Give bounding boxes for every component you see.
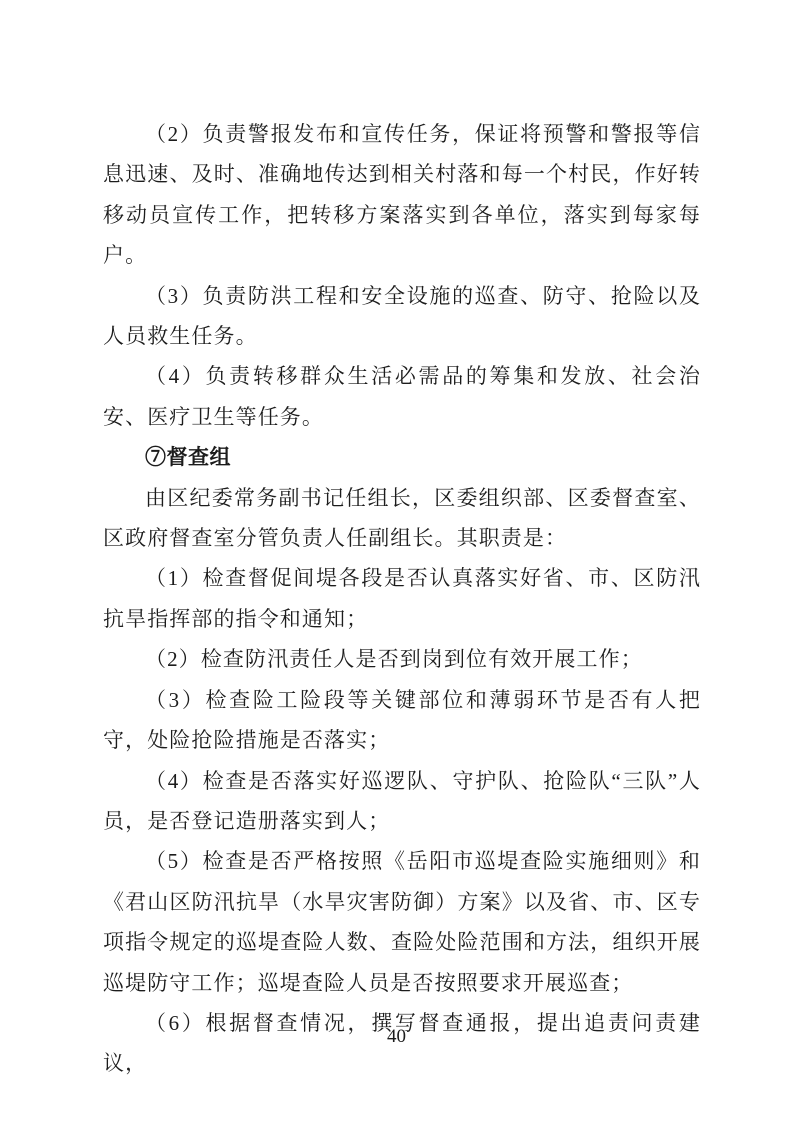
paragraph-check-1: （1）检查督促间堤各段是否认真落实好省、市、区防汛抗旱指挥部的指令和通知； <box>103 558 701 639</box>
document-page: （2）负责警报发布和宣传任务，保证将预警和警报等信息迅速、及时、准确地传达到相关… <box>0 0 793 1122</box>
paragraph-check-5: （5）检查是否严格按照《岳阳市巡堤查险实施细则》和《君山区防汛抗旱（水旱灾害防御… <box>103 841 701 1003</box>
paragraph-check-4: （4）检查是否落实好巡逻队、守护队、抢险队“三队”人员，是否登记造册落实到人； <box>103 761 701 842</box>
paragraph-group-leadership: 由区纪委常务副书记任组长，区委组织部、区委督查室、区政府督查室分管负责人任副组长… <box>103 478 701 559</box>
paragraph-check-3: （3）检查险工险段等关键部位和薄弱环节是否有人把守，处险抢险措施是否落实； <box>103 680 701 761</box>
page-number: 40 <box>0 1026 793 1048</box>
document-content: （2）负责警报发布和宣传任务，保证将预警和警报等信息迅速、及时、准确地传达到相关… <box>103 114 701 1084</box>
paragraph-duty-2: （2）负责警报发布和宣传任务，保证将预警和警报等信息迅速、及时、准确地传达到相关… <box>103 114 701 276</box>
paragraph-duty-3: （3）负责防洪工程和安全设施的巡查、防守、抢险以及人员救生任务。 <box>103 276 701 357</box>
paragraph-duty-4: （4）负责转移群众生活必需品的筹集和发放、社会治安、医疗卫生等任务。 <box>103 356 701 437</box>
section-heading-supervision: ⑦督查组 <box>103 437 701 477</box>
paragraph-check-2: （2）检查防汛责任人是否到岗到位有效开展工作； <box>103 639 701 679</box>
